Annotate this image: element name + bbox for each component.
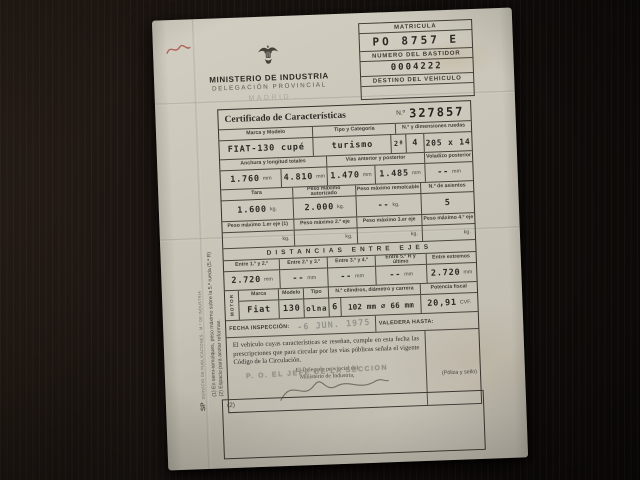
- tipo-value: turismo: [313, 135, 392, 156]
- certificate-title: Certificado de Características: [224, 108, 396, 124]
- publisher-mark: SP SERVICIO DE PUBLICACIONES · M.º DE IN…: [197, 319, 207, 411]
- motor-cilindros-num: 6: [328, 298, 341, 316]
- poliza-label: (Póliza y sello): [442, 369, 477, 376]
- motor-potencia-value: 20,91CVF.: [420, 293, 478, 313]
- motor-potencia-header: Potencia fiscal: [420, 282, 477, 294]
- peso-eje4-value: kg.: [422, 224, 475, 241]
- valedera-label: VALEDERA HASTA:: [379, 319, 434, 327]
- entre-3-4-header: Entre 3.º y 4.º: [327, 256, 375, 268]
- destino-value: [361, 82, 473, 99]
- voladizo-header: Voladizo posterior: [424, 151, 472, 163]
- peso-eje4-header: Peso máximo 4.º eje: [421, 213, 474, 225]
- entre-5r-value: --mm: [375, 265, 426, 285]
- pmr-value: --kg.: [355, 194, 421, 216]
- spain-eagle-emblem-icon: [256, 42, 281, 67]
- annex-box: (2): [222, 390, 486, 460]
- entre-extremos-value: 2.720mm: [426, 263, 477, 283]
- motor-marca-header: Marca: [239, 289, 279, 300]
- peso-eje2-value: kg.: [293, 228, 357, 245]
- via-posterior-value: 1.485mm: [374, 164, 425, 184]
- motor-diametro-carrera-value: 102 mm ⌀ 66 mm: [340, 295, 420, 316]
- motor-tipo-value: Colna.: [303, 298, 329, 317]
- categoria-value: 2ª: [391, 135, 407, 154]
- entre-2-3-value: --mm: [280, 268, 329, 288]
- marca-value: FIAT-130 cupé: [219, 138, 313, 159]
- peso-eje3-value: kg.: [356, 226, 422, 243]
- certificate-number: 327857: [409, 104, 465, 120]
- fecha-inspeccion-label: FECHA INSPECCIÓN:: [229, 324, 289, 332]
- via-anterior-value: 1.470mm: [326, 166, 375, 186]
- anchura-value: 1.760mm: [220, 169, 281, 189]
- entre-3-4-value: --mm: [327, 267, 376, 287]
- asientos-header: N.º de asientos: [420, 181, 473, 193]
- city-stamp: MADRID: [183, 91, 357, 104]
- motor-modelo-value: 130: [278, 299, 304, 318]
- asientos-value: 5: [420, 192, 474, 214]
- fecha-inspeccion-stamp: -6 JUN. 1975: [297, 318, 371, 333]
- tara-value: 1.600kg.: [222, 199, 293, 222]
- longitud-value: 4.810mm: [281, 167, 327, 187]
- certificate-number-label: N.º: [396, 110, 405, 117]
- entre-extremos-header: Entre extremos: [425, 252, 476, 264]
- publisher-logo: SP: [200, 402, 207, 411]
- motor-tipo-header: Tipo: [303, 287, 328, 298]
- publisher-text: SERVICIO DE PUBLICACIONES · M.º DE INDUS…: [197, 291, 206, 400]
- motor-marca-value: Fiat: [239, 300, 279, 319]
- peso-eje1-value: kg.: [223, 231, 294, 249]
- ministry-header: MINISTERIO DE INDUSTRIA DELEGACIÓN PROVI…: [181, 39, 357, 104]
- matricula-box: MATRICULA PO 8757 E NUMERO DEL BASTIDOR …: [358, 19, 475, 100]
- entre-2-3-header: Entre 2.º y 3.º: [279, 257, 327, 269]
- entre-5r-header: Entre 5.º R y último: [375, 254, 426, 266]
- motor-side-label: MOTOR: [225, 291, 240, 320]
- num-ruedas-value: 4: [406, 134, 424, 153]
- entre-1-2-header: Entre 1.º y 2.º: [224, 259, 280, 271]
- dim-ruedas-value: 205 x 14: [423, 132, 472, 152]
- voladizo-value: --mm: [424, 162, 473, 182]
- entre-1-2-value: 2.720mm: [224, 270, 280, 290]
- motor-modelo-header: Modelo: [278, 288, 303, 299]
- photo-background: { "header": { "ministry": "MINISTERIO DE…: [0, 0, 640, 480]
- characteristics-table: Certificado de Características N.º 32785…: [217, 100, 482, 413]
- declaration-text: El vehículo cuyas características se res…: [233, 335, 420, 367]
- pma-value: 2.000kg.: [292, 196, 356, 218]
- certificate-document: MINISTERIO DE INDUSTRIA DELEGACIÓN PROVI…: [152, 8, 528, 471]
